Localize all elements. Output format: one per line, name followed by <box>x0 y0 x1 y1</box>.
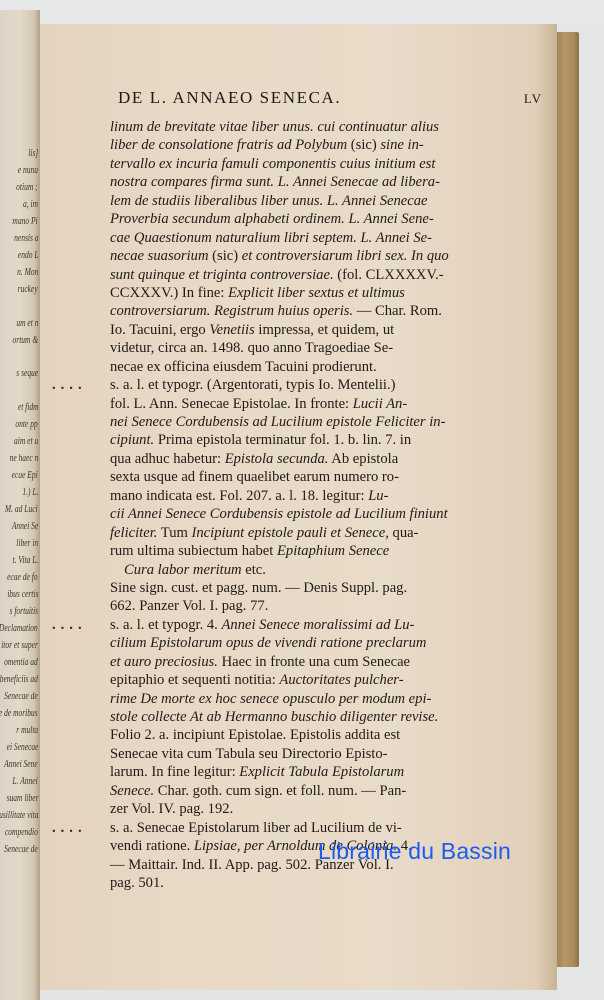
text-line: Io. Tacuini, ergo Venetiis impressa, et … <box>110 321 440 339</box>
text-line: pag. 501. <box>110 874 440 892</box>
text-line: necae ex officina eiusdem Tacuini prodie… <box>110 358 440 376</box>
facing-page-fragment: beneficiis ad <box>0 674 38 685</box>
text-line: cilium Epistolarum opus de vivendi ratio… <box>110 634 440 652</box>
text-line: mano indicata est. Fol. 207. a. l. 18. l… <box>110 487 440 505</box>
facing-page-fragment: pusillitate vita <box>0 810 38 821</box>
facing-page-edge: lis]e nunuotium ;a, immano Pinensis aend… <box>0 10 40 1000</box>
text-line: Folio 2. a. incipiunt Epistolae. Epistol… <box>110 726 440 744</box>
page-number: LV <box>524 91 542 107</box>
text-line: sexta usque ad finem quaelibet earum num… <box>110 468 440 486</box>
text-line: s. a. l. et typogr. (Argentorati, typis … <box>110 376 440 394</box>
text-line: stole collecte At ab Hermanno buschio di… <box>110 708 440 726</box>
facing-page-fragment: Senecae de <box>4 691 38 702</box>
facing-page-fragment: Declamation <box>0 623 38 634</box>
text-line: nei Senece Cordubensis ad Lucilium epist… <box>110 413 440 431</box>
text-line: Proverbia secundum alphabeti ordinem. L.… <box>110 210 440 228</box>
text-line: Cura labor meritum etc. <box>110 561 440 579</box>
text-line: s. a. l. et typogr. 4. Annei Senece mora… <box>110 616 440 634</box>
text-line: CCXXXV.) In fine: Explicit liber sextus … <box>110 284 440 302</box>
text-line: Sine sign. cust. et pagg. num. — Denis S… <box>110 579 440 597</box>
text-line: linum de brevitate vitae liber unus. cui… <box>110 118 440 136</box>
page-bottom-gap <box>40 990 560 1000</box>
running-title: DE L. ANNAEO SENECA. <box>118 88 341 108</box>
facing-page-fragment: e de moribus <box>0 708 38 719</box>
text-line: tervallo ex incuria famuli componentis c… <box>110 155 440 173</box>
text-line: Senece. Char. goth. cum sign. et foll. n… <box>110 782 440 800</box>
text-line: controversiarum. Registrum huius operis.… <box>110 302 440 320</box>
dot-leader: .... <box>52 819 87 837</box>
facing-page-fragment: omentia ad <box>4 657 38 668</box>
text-line: larum. In fine legitur: Explicit Tabula … <box>110 763 440 781</box>
text-line: cae Quaestionum naturalium libri septem.… <box>110 229 440 247</box>
text-line: cipiunt. Prima epistola terminatur fol. … <box>110 431 440 449</box>
text-line: rum ultima subiectum habet Epitaphium Se… <box>110 542 440 560</box>
running-head: DE L. ANNAEO SENECA. LV <box>118 88 548 112</box>
text-line: nostra compares firma sunt. L. Annei Sen… <box>110 173 440 191</box>
facing-page-fragment: Annei Sene <box>4 759 38 770</box>
book-cover-edge <box>555 32 579 967</box>
facing-page-fragment: Senecae de <box>4 844 38 855</box>
text-line: zer Vol. IV. pag. 192. <box>110 800 440 818</box>
text-line: et auro preciosius. Haec in fronte una c… <box>110 653 440 671</box>
text-line: epitaphio et sequenti notitia: Auctorita… <box>110 671 440 689</box>
text-line: rime De morte ex hoc senece opusculo per… <box>110 690 440 708</box>
text-line: lem de studiis liberalibus liber unus. L… <box>110 192 440 210</box>
text-line: feliciter. Tum Incipiunt epistole pauli … <box>110 524 440 542</box>
watermark: Librairie du Bassin <box>318 838 511 865</box>
text-line: s. a. Senecae Epistolarum liber ad Lucil… <box>110 819 440 837</box>
dot-leader: .... <box>52 376 87 394</box>
text-line: Senecae vita cum Tabula seu Directorio E… <box>110 745 440 763</box>
text-line: 662. Panzer Vol. I. pag. 77. <box>110 597 440 615</box>
dot-leader: .... <box>52 616 87 634</box>
page-body: linum de brevitate vitae liber unus. cui… <box>110 118 440 892</box>
text-line: cii Annei Senece Cordubensis epistole ad… <box>110 505 440 523</box>
text-line: sunt quinque et triginta controversiae. … <box>110 266 440 284</box>
background <box>0 0 604 24</box>
text-line: necae suasorium (sic) et controversiarum… <box>110 247 440 265</box>
text-line: qua adhuc habetur: Epistola secunda. Ab … <box>110 450 440 468</box>
text-line: videtur, circa an. 1498. quo anno Tragoe… <box>110 339 440 357</box>
text-line: fol. L. Ann. Senecae Epistolae. In front… <box>110 395 440 413</box>
text-line: liber de consolatione fratris ad Polybum… <box>110 136 440 154</box>
facing-page-fragment: itor et super <box>1 640 38 651</box>
spine-shadow <box>34 10 40 1000</box>
